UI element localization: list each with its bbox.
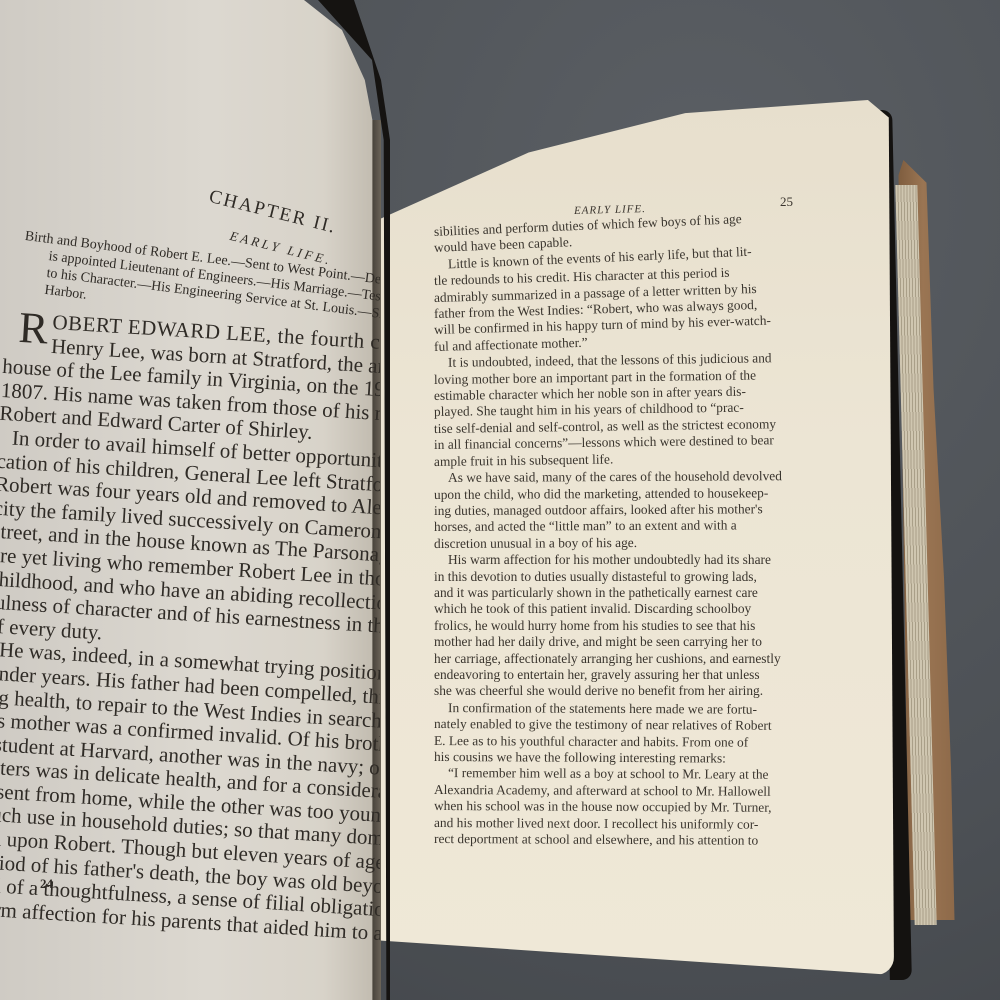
- page-number-left: 24: [40, 876, 53, 892]
- text-line: upon the child, who did the marketing, a…: [434, 484, 834, 503]
- text-line: endeavoring to entertain her, gravely as…: [434, 667, 834, 683]
- left-page-text: CHAPTER II. EARLY LIFE. Birth and Boyhoo…: [0, 0, 380, 1000]
- text-line: she was cheerful she would derive no ben…: [434, 683, 834, 699]
- text-line: nately enabled to give the testimony of …: [434, 716, 834, 735]
- text-line: rect deportment at school and elsewhere,…: [434, 831, 834, 850]
- text-line: frolics, he would hurry home from his st…: [434, 618, 834, 634]
- text-line: discretion unusual in a boy of his age.: [434, 534, 834, 553]
- chapter-title: CHAPTER II.: [207, 186, 339, 239]
- drop-cap: R: [18, 309, 50, 349]
- text-line: E. Lee as to his youthful character and …: [434, 733, 834, 752]
- left-body-text: R OBERT EDWARD LEE, the fourth child of …: [0, 308, 380, 954]
- right-page-text: EARLY LIFE. 25 sibilities and perform du…: [420, 180, 840, 860]
- page-number-right: 25: [780, 194, 793, 210]
- text-line: and it was particularly shown in the pat…: [434, 585, 834, 601]
- text-line: mother had her daily drive, and might be…: [434, 634, 834, 650]
- text-line: when his school was in the house now occ…: [434, 798, 834, 817]
- text-line: As we have said, many of the cares of th…: [434, 468, 834, 487]
- text-line: His warm affection for his mother undoub…: [434, 552, 834, 568]
- text-line: in this devotion to duties usually dista…: [434, 569, 834, 585]
- text-line: her carriage, affectionately arranging h…: [434, 651, 834, 667]
- right-body-text: sibilities and perform duties of which f…: [434, 224, 834, 847]
- text-line: horses, and acted the “little man” to an…: [434, 517, 834, 536]
- photo-scene: CHAPTER II. EARLY LIFE. Birth and Boyhoo…: [0, 0, 1000, 1000]
- text-line: “I remember him well as a boy at school …: [434, 765, 834, 784]
- text-line: which he took of this patient invalid. D…: [434, 601, 834, 617]
